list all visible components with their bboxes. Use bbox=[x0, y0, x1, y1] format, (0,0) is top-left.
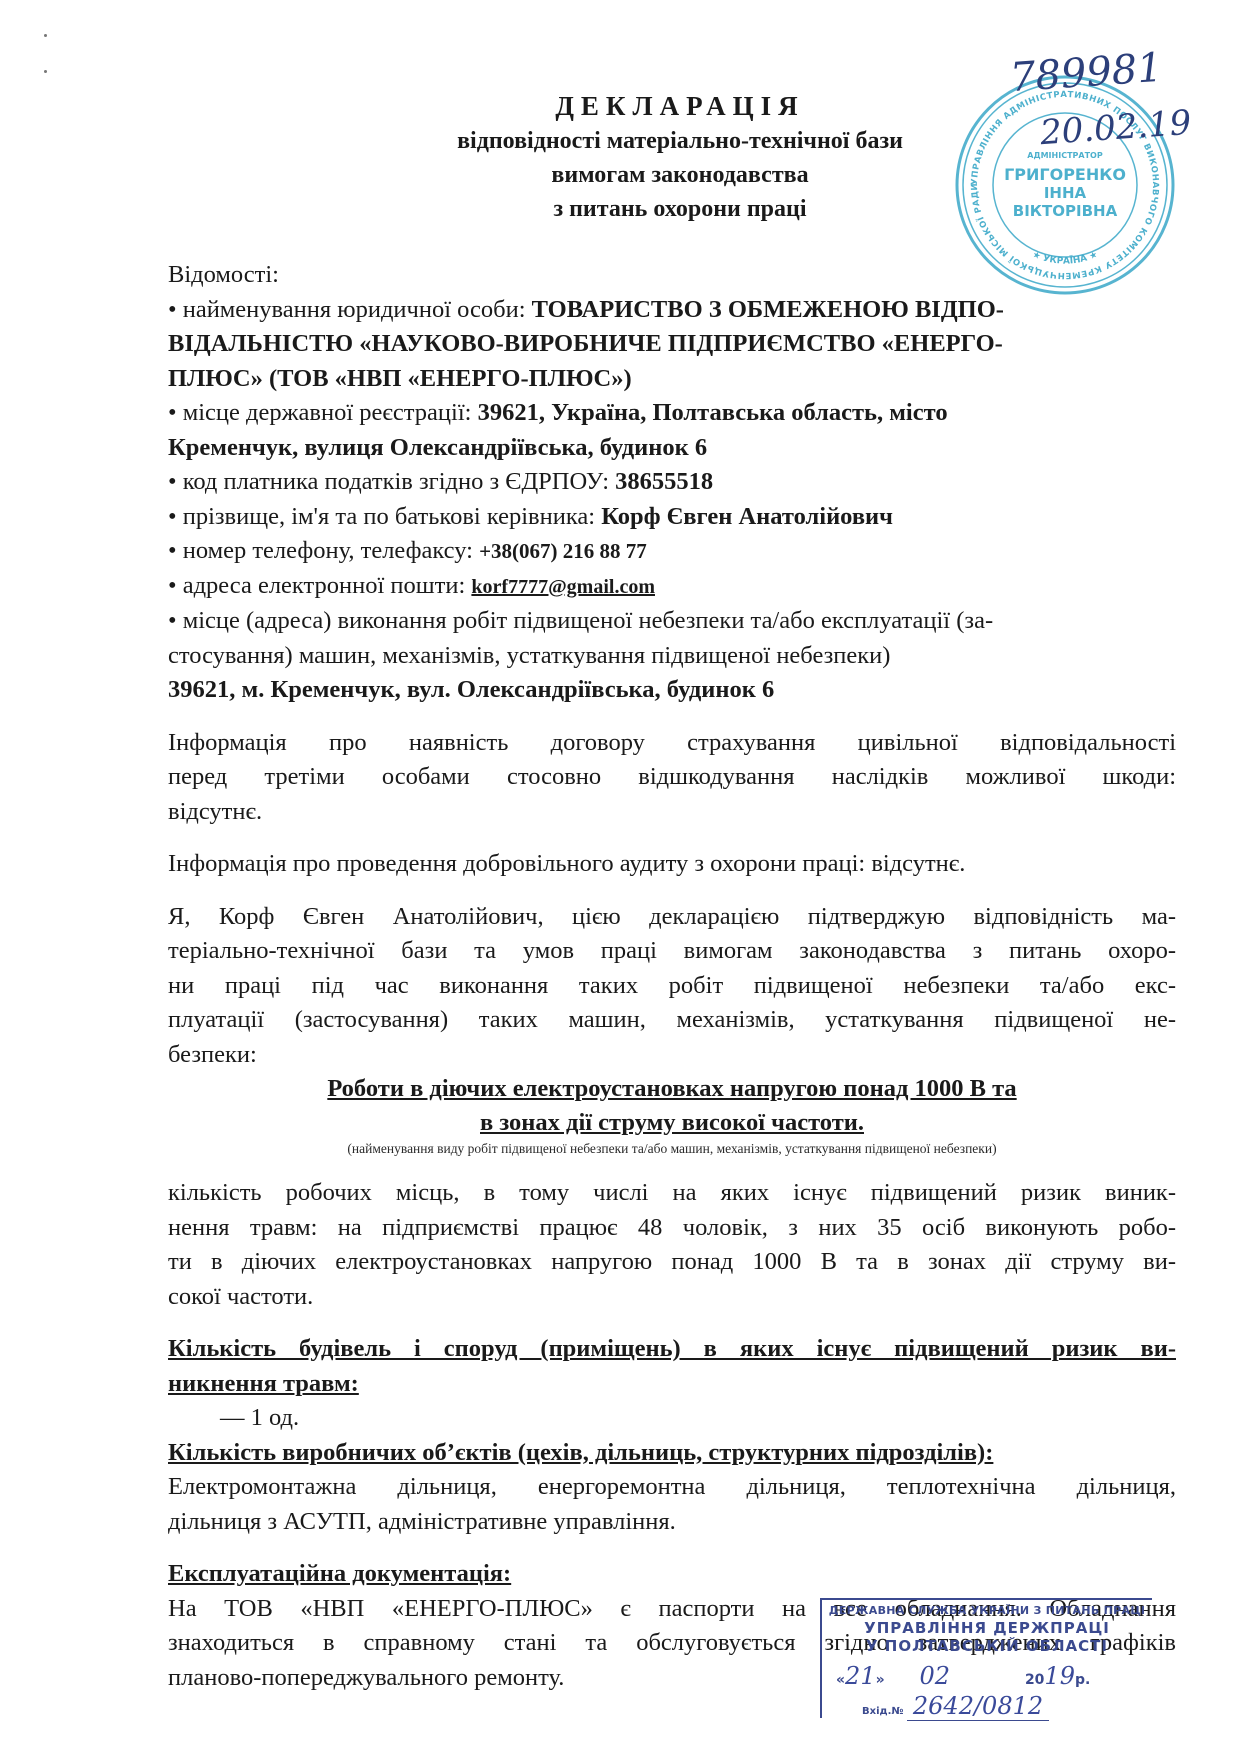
svg-text:АДМІНІСТРАТОР: АДМІНІСТРАТОР bbox=[1027, 151, 1103, 160]
tax-code-label: • код платника податків згідно з ЄДРПОУ: bbox=[168, 468, 615, 495]
declaration-text: безпеки: bbox=[168, 1038, 1176, 1073]
stamp-incoming-number: Вхід.№ 2642/0812 bbox=[862, 1692, 1142, 1720]
title-subline: відповідності матеріально-технічної бази bbox=[380, 124, 980, 158]
insurance-text: Інформація про наявність договору страху… bbox=[168, 726, 1176, 761]
production-units-heading: Кількість виробничих об’єктів (цехів, ді… bbox=[168, 1436, 1176, 1471]
worksite-address: 39621, м. Кременчук, вул. Олександріївсь… bbox=[168, 673, 1176, 708]
director-value: Корф Євген Анатолійович bbox=[601, 503, 893, 530]
worksite-label: • місце (адреса) виконання робіт підвище… bbox=[168, 604, 1176, 639]
document-title-block: ДЕКЛАРАЦІЯ відповідності матеріально-тех… bbox=[380, 88, 980, 226]
title-subline: вимогам законодавства bbox=[380, 158, 980, 192]
document-body: Відомості: • найменування юридичної особ… bbox=[168, 258, 1176, 1695]
tax-code-value: 38655518 bbox=[615, 468, 713, 495]
worksite-label: стосування) машин, механізмів, устаткува… bbox=[168, 639, 1176, 674]
workplaces-text: кількість робочих місць, в тому числі на… bbox=[168, 1176, 1176, 1211]
stamp-date-day: 21 bbox=[845, 1662, 876, 1690]
audit-text: Інформація про проведення добровільного … bbox=[168, 847, 1176, 882]
stamp-incoming-label: Вхід.№ bbox=[862, 1706, 903, 1717]
registration-label: • місце державної реєстрації: bbox=[168, 399, 478, 426]
insurance-text: відсутнє. bbox=[168, 795, 1176, 830]
email-label: • адреса електронної пошти: bbox=[168, 572, 471, 599]
stamp-date: «21» 02 2019р. bbox=[822, 1662, 1152, 1690]
legal-name-label: • найменування юридичної особи: bbox=[168, 296, 532, 323]
email-row: • адреса електронної пошти: korf7777@gma… bbox=[168, 569, 1176, 605]
buildings-heading: Кількість будівель і споруд (приміщень) … bbox=[168, 1332, 1176, 1367]
svg-text:ВІКТОРІВНА: ВІКТОРІВНА bbox=[1013, 202, 1118, 220]
registration-value: 39621, Україна, Полтавська область, міст… bbox=[478, 399, 948, 426]
work-type-caption: (найменування виду робіт підвищеної небе… bbox=[168, 1140, 1176, 1158]
info-heading: Відомості: bbox=[168, 258, 1176, 293]
incoming-registration-stamp: ДЕРЖАВНА СЛУЖБА УКРАЇНИ З ПИТАНЬ ПРАЦІ У… bbox=[820, 1598, 1152, 1718]
declaration-page: ДЕКЛАРАЦІЯ відповідності матеріально-тех… bbox=[0, 0, 1242, 1754]
phone-value: +38(067) 216 88 77 bbox=[479, 539, 647, 563]
production-units-text: Електромонтажна дільниця, енергоремонтна… bbox=[168, 1470, 1176, 1505]
insurance-text: перед третіми особами стосовно відшкодув… bbox=[168, 760, 1176, 795]
stamp-date-year-prefix: 20 bbox=[1025, 1672, 1044, 1688]
director-label: • прізвище, ім'я та по батькові керівник… bbox=[168, 503, 601, 530]
registration-value: Кременчук, вулиця Олександріївська, буди… bbox=[168, 431, 1176, 466]
email-link[interactable]: korf7777@gmail.com bbox=[471, 576, 655, 598]
stamp-incoming-value: 2642/0812 bbox=[907, 1692, 1049, 1721]
workplaces-text: нення травм: на підприємстві працює 48 ч… bbox=[168, 1211, 1176, 1246]
buildings-heading: никнення травм: bbox=[168, 1367, 1176, 1402]
tax-code-row: • код платника податків згідно з ЄДРПОУ:… bbox=[168, 465, 1176, 500]
stamp-agency: ДЕРЖАВНА СЛУЖБА УКРАЇНИ З ПИТАНЬ ПРАЦІ bbox=[822, 1604, 1152, 1617]
stamp-department: УПРАВЛІННЯ ДЕРЖПРАЦІ bbox=[822, 1619, 1152, 1637]
title-subline: з питань охорони праці bbox=[380, 192, 980, 226]
phone-row: • номер телефону, телефаксу: +38(067) 21… bbox=[168, 534, 1176, 569]
legal-name-value: ТОВАРИСТВО З ОБМЕЖЕНОЮ ВІДПО- bbox=[532, 296, 1004, 323]
stamp-date-month: 02 bbox=[920, 1662, 951, 1690]
production-units-text: дільниця з АСУТП, адміністративне управл… bbox=[168, 1505, 1176, 1540]
declaration-text: ни праці під час виконання таких робіт п… bbox=[168, 969, 1176, 1004]
documentation-heading: Експлуатаційна документація: bbox=[168, 1557, 1176, 1592]
scan-speck bbox=[44, 70, 47, 73]
stamp-date-suffix: р. bbox=[1075, 1672, 1090, 1688]
workplaces-text: ти в діючих електроустановках напругою п… bbox=[168, 1245, 1176, 1280]
legal-name-value: ВІДАЛЬНІСТЮ «НАУКОВО-ВИРОБНИЧЕ ПІДПРИЄМС… bbox=[168, 327, 1176, 362]
buildings-value: — 1 од. bbox=[168, 1401, 1176, 1436]
phone-label: • номер телефону, телефаксу: bbox=[168, 537, 479, 564]
stamp-date-year: 19 bbox=[1044, 1662, 1075, 1690]
stamp-region: У ПОЛТАВСЬКІЙ ОБЛАСТІ bbox=[822, 1637, 1152, 1655]
scan-speck bbox=[44, 34, 47, 37]
svg-text:ІННА: ІННА bbox=[1044, 184, 1087, 202]
workplaces-text: сокої частоти. bbox=[168, 1280, 1176, 1315]
declaration-text: плуатації (застосування) таких машин, ме… bbox=[168, 1003, 1176, 1038]
legal-name-row: • найменування юридичної особи: ТОВАРИСТ… bbox=[168, 293, 1176, 328]
declaration-text: теріально-технічної бази та умов праці в… bbox=[168, 934, 1176, 969]
svg-text:ГРИГОРЕНКО: ГРИГОРЕНКО bbox=[1004, 165, 1126, 184]
director-row: • прізвище, ім'я та по батькові керівник… bbox=[168, 500, 1176, 535]
declaration-text: Я, Корф Євген Анатолійович, цією деклара… bbox=[168, 900, 1176, 935]
legal-name-value: ПЛЮС» (ТОВ «НВП «ЕНЕРГО-ПЛЮС») bbox=[168, 362, 1176, 397]
document-title: ДЕКЛАРАЦІЯ bbox=[380, 88, 980, 124]
work-type: Роботи в діючих електроустановках напруг… bbox=[168, 1072, 1176, 1106]
work-type: в зонах дії струму високої частоти. bbox=[168, 1106, 1176, 1140]
registration-row: • місце державної реєстрації: 39621, Укр… bbox=[168, 396, 1176, 431]
